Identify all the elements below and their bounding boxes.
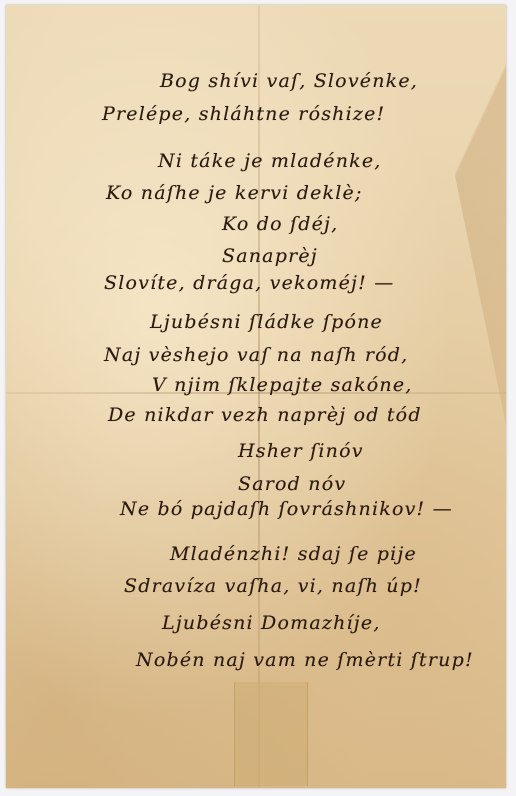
poem-line: Ni táke je mladénke, [158,150,382,172]
poem-text: Bog shívi vaſ, Slovénke, Prelépe, shláht… [0,0,516,796]
poem-line: Bog shívi vaſ, Slovénke, [160,70,418,92]
poem-line: Ko náſhe je kervi deklè; [106,182,363,204]
poem-line: Naj vèshejo vaſ na naſh ród, [104,344,408,366]
poem-line: Prelépe, shláhtne róshize! [102,103,385,125]
poem-line: De nikdar vezh naprèj od tód [108,404,422,426]
poem-line: Ljubésni Domazhíje, [162,612,381,634]
poem-line: Ljubésni ſládke ſpóne [150,311,383,333]
poem-line: Ko do ſdéj, [222,213,338,235]
poem-line: Mladénzhi! sdaj ſe pije [170,543,417,565]
poem-line: Slovíte, drága, vekoméj! — [104,272,394,294]
poem-line: V njim ſklepajte sakóne, [152,374,413,396]
poem-line: Nobén naj vam ne ſmèrti ſtrup! [136,649,474,671]
poem-line: Sdravíza vaſha, vi, naſh úp! [124,575,422,597]
poem-line: Hsher ſinóv [238,440,364,462]
poem-line: Ne bó pajdaſh ſovráshnikov! — [120,498,453,520]
poem-line: Sanaprèj [222,245,318,267]
poem-line: Sarod nóv [238,473,346,495]
